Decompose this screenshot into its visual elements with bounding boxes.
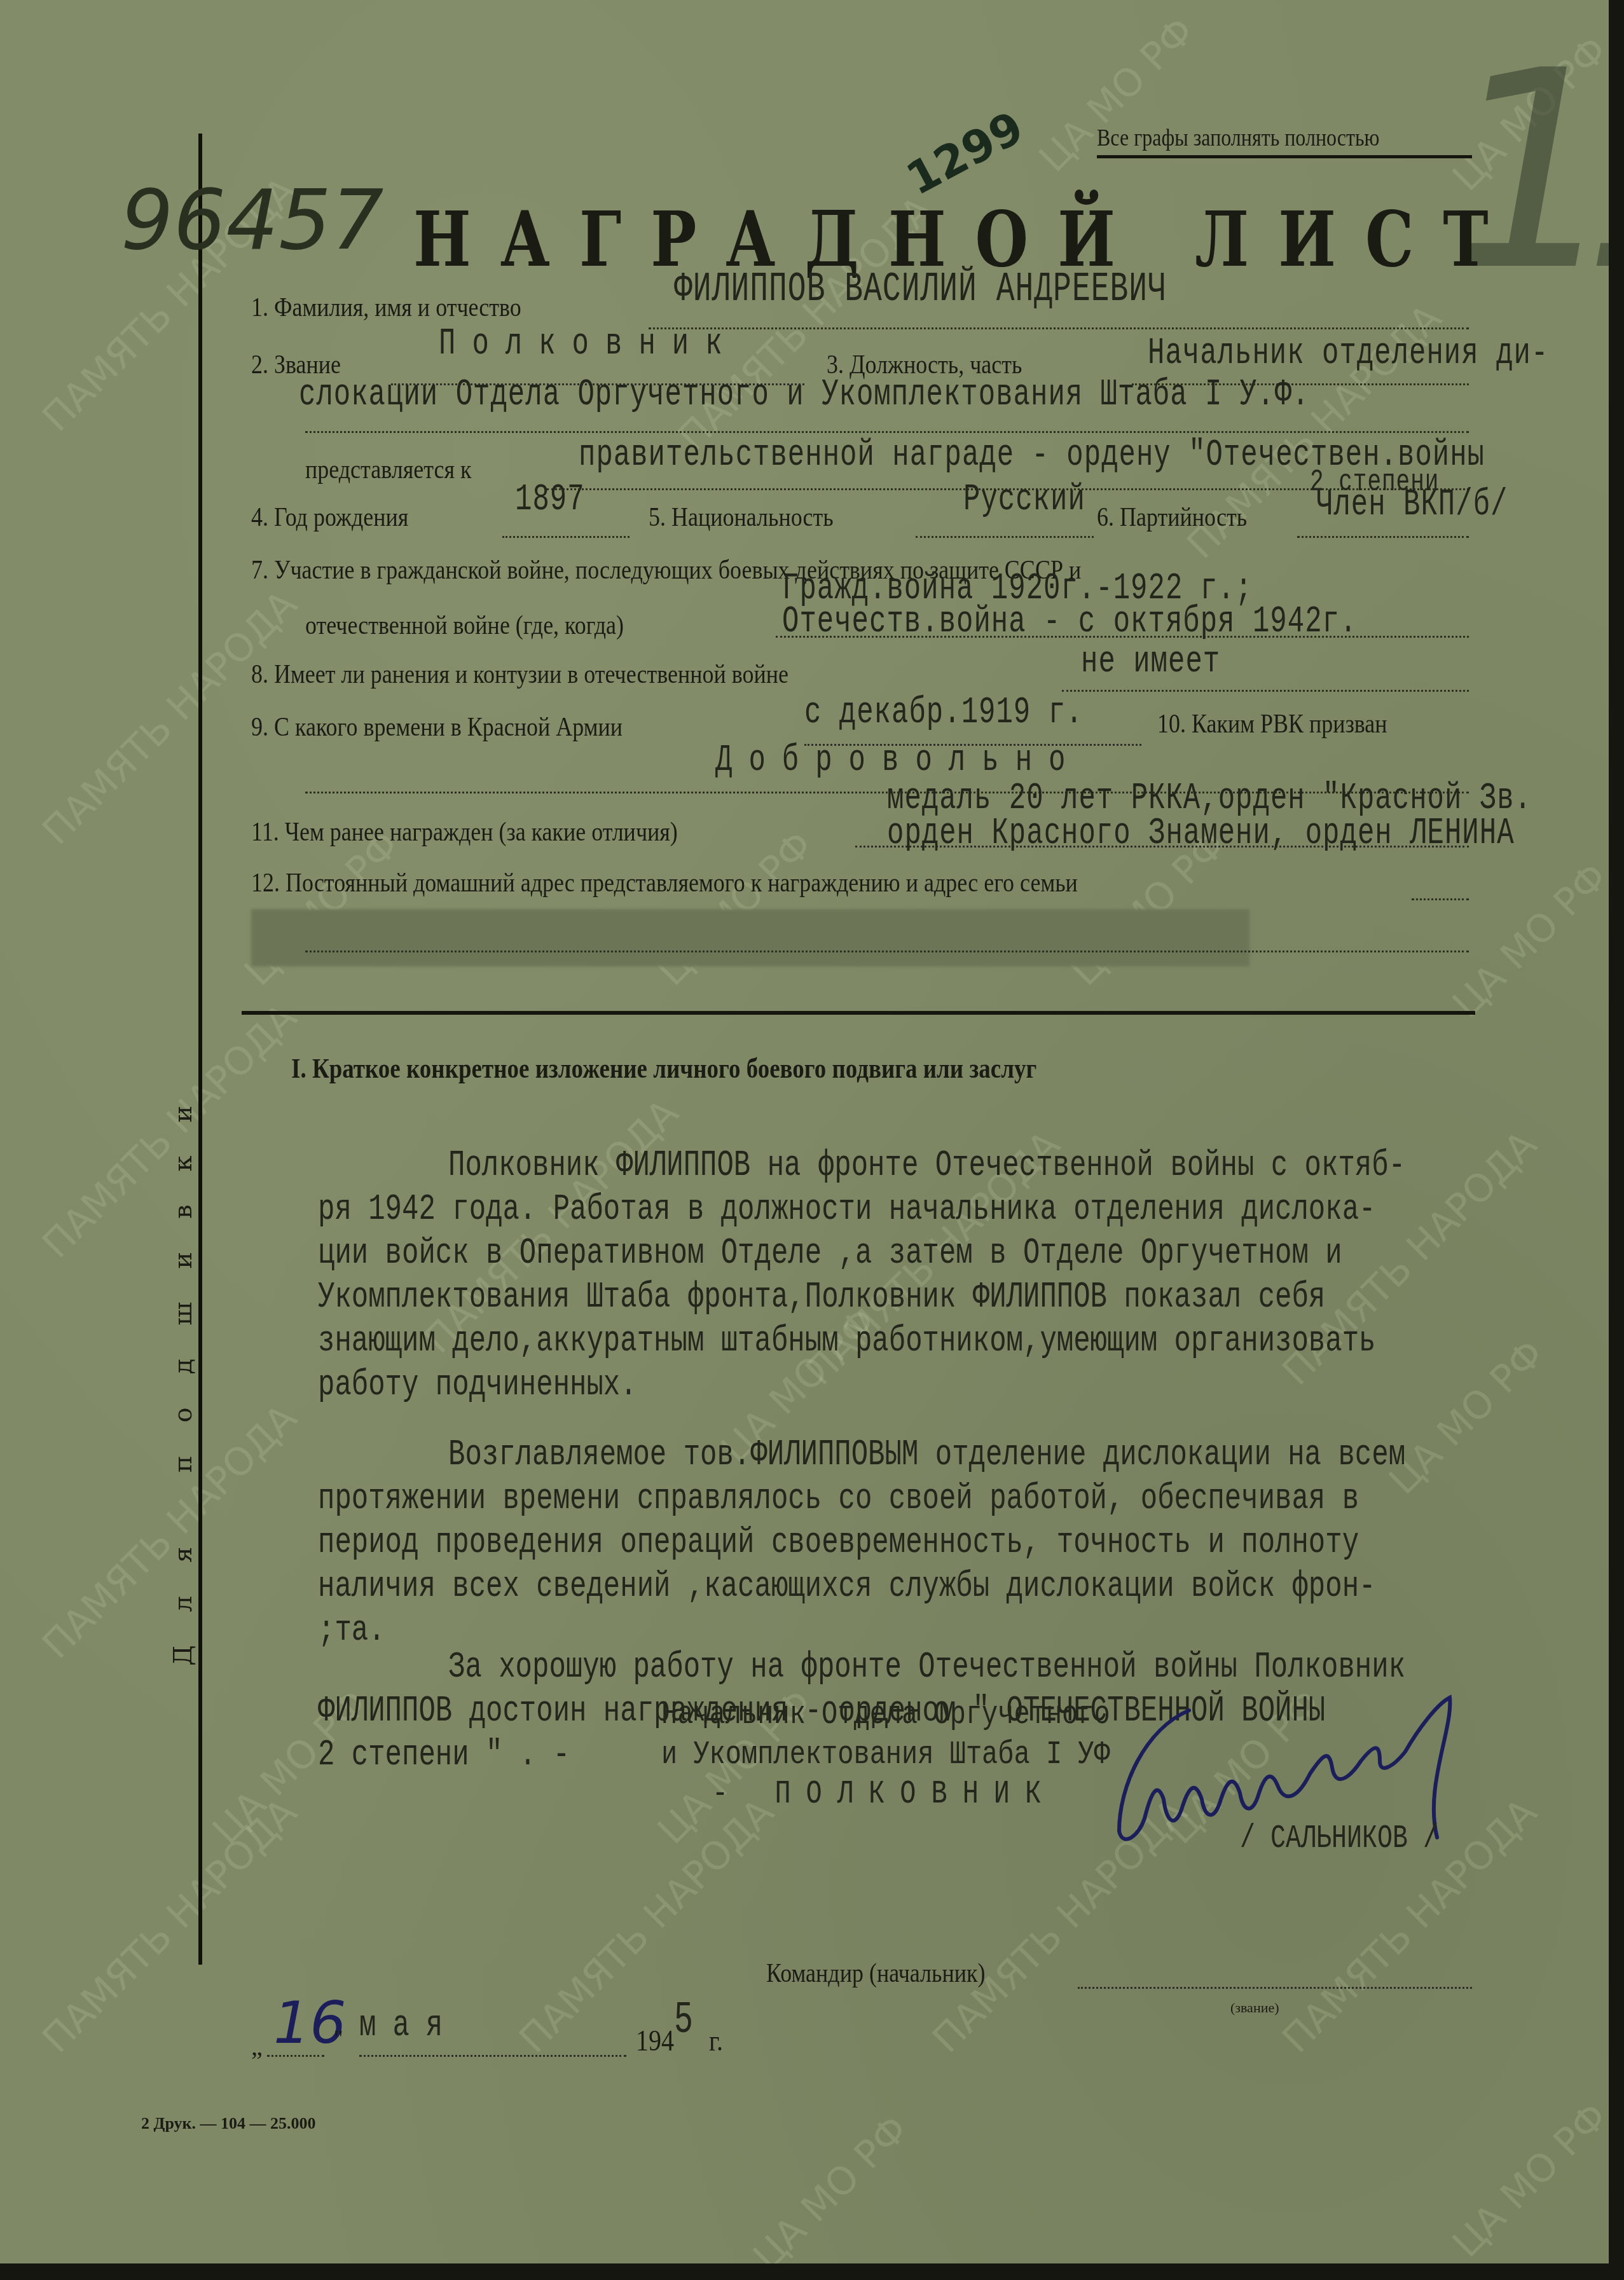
signatory-position-line2: и Укомплектования Штаба I УФ [661, 1734, 1110, 1775]
field-6-line [1297, 536, 1469, 538]
award-sheet: ЦА МО РФ ЦА МО РФ ПАМЯТЬ НАРОДА ПАМЯТЬ Н… [0, 0, 1609, 2263]
date-year-g: г. [709, 2024, 723, 2058]
field-1-value: ФИЛИППОВ ВАСИЛИЙ АНДРЕЕВИЧ [674, 266, 1167, 313]
field-4-line [502, 536, 630, 538]
commander-label: Командир (начальник) [766, 1958, 985, 1988]
body-line: За хорошую работу на фронте Отечественно… [318, 1646, 1405, 1690]
watermark: ЦА МО РФ [747, 2110, 914, 2263]
watermark: ЦА МО РФ [1383, 1334, 1550, 1501]
body-line: Укомплектования Штаба фронта,Полковник Ф… [318, 1276, 1405, 1320]
date-day-line [267, 2055, 324, 2057]
section-1-heading: I. Краткое конкретное изложение личного … [291, 1052, 1036, 1085]
watermark: ЦА МО РФ [238, 825, 405, 992]
body-line: работу подчиненных. [318, 1364, 1405, 1408]
field-11-value-line2: орден Красного Знамени, орден ЛЕНИНА [887, 813, 1515, 856]
watermark: ЦА МО РФ [1447, 2097, 1609, 2263]
scan-edge-right [1609, 0, 1624, 2280]
archive-number-handwritten: 96457 [121, 172, 384, 268]
watermark: ПАМЯТЬ НАРОДА [37, 1793, 303, 2059]
field-9-label: 9. С какого времени в Красной Армии [251, 711, 623, 742]
body-line: наличия всех сведений ,касающихся службы… [318, 1565, 1405, 1609]
notice-underline [1097, 155, 1472, 158]
rank-caption: (звание) [1230, 2000, 1279, 2016]
field-7-value-line2: Отечеств.война - с октября 1942г. [782, 601, 1357, 644]
field-3-value-line2: слокации Отдела Оргучетного и Укомплекто… [299, 374, 1309, 417]
print-info: 2 Друк. — 104 — 25.000 [141, 2114, 316, 2133]
field-8-label: 8. Имеет ли ранения и контузии в отечест… [251, 659, 788, 689]
watermark: ЦА МО РФ [1447, 857, 1609, 1024]
field-12-line-2 [305, 951, 1469, 952]
section-separator [242, 1011, 1475, 1015]
binding-margin-line [198, 134, 202, 1965]
field-7-label-line2: отечественной войне (где, когда) [305, 610, 624, 640]
field-6-label: 6. Партийность [1097, 502, 1247, 532]
signatory-name: / САЛЬНИКОВ / [1240, 1820, 1438, 1858]
field-8-line [1062, 690, 1469, 692]
body-line: Полковник ФИЛИППОВ на фронте Отечественн… [318, 1144, 1405, 1188]
field-2-value: Полковник [439, 323, 739, 366]
field-10-label: 10. Каким РВК призван [1157, 708, 1387, 739]
field-12-label: 12. Постоянный домашний адрес представля… [251, 867, 1078, 898]
field-12-line [1412, 898, 1469, 900]
date-year-prefix: 194 [636, 2024, 674, 2058]
date-month-line [359, 2055, 626, 2057]
field-4-value: 1897 [515, 479, 585, 522]
body-line: ря 1942 года. Работая в должности началь… [318, 1188, 1405, 1232]
body-line: протяжении времени справлялось со своей … [318, 1478, 1405, 1521]
field-10-value: Добровольно [715, 739, 1082, 783]
section-1-body: Полковник ФИЛИППОВ на фронте Отечественн… [318, 1144, 1405, 1778]
watermark: ПАМЯТЬ НАРОДА [514, 1793, 780, 2059]
body-line: ции войск в Оперативном Отделе ,а затем … [318, 1232, 1405, 1276]
signatory-position-line1: Начальник Отдела Оргучетного [661, 1694, 1110, 1734]
fill-all-fields-notice: Все графы заполнять полностью [1097, 123, 1380, 151]
field-3-line-2 [305, 431, 1469, 433]
commander-line [1078, 1987, 1472, 1989]
field-5-line [916, 536, 1094, 538]
body-line: знающим дело,аккуратным штабным работник… [318, 1320, 1405, 1364]
field-9-value: с декабр.1919 г. [804, 692, 1083, 735]
watermark: ЦА МО РФ [652, 825, 818, 992]
body-line: период проведения операций своевременнос… [318, 1521, 1405, 1565]
date-year-suffix: 5 [674, 1996, 693, 2047]
date-month: мая [359, 2005, 459, 2048]
signatory-rank: - ПОЛКОВНИК [661, 1774, 1110, 1814]
scan-edge-bottom [0, 2263, 1624, 2280]
field-5-value: Русский [963, 479, 1085, 522]
body-line: Возглавляемое тов.ФИЛИППОВЫМ отделение д… [318, 1434, 1405, 1478]
binding-margin-text: Для подшивки [169, 1073, 198, 1666]
presented-label: представляется к [305, 454, 471, 484]
field-8-value: не имеет [1081, 641, 1220, 684]
redacted-address [251, 909, 1249, 966]
stamp-number: 1299 [898, 101, 1032, 205]
date-open-quote: „ [251, 2031, 263, 2061]
field-6-value: Член ВКП/б/ [1316, 484, 1508, 527]
field-5-label: 5. Национальность [649, 502, 834, 532]
signature-block: Начальник Отдела Оргучетного и Укомплект… [661, 1694, 1110, 1814]
field-1-label: 1. Фамилия, имя и отчество [251, 292, 521, 322]
field-3-value-line1: Начальник отделения ди- [1148, 333, 1548, 376]
watermark: ЦА МО РФ [1033, 11, 1200, 178]
field-1-line [649, 327, 1469, 329]
field-4-label: 4. Год рождения [251, 502, 408, 532]
date-close-quote: " [334, 2025, 343, 2052]
field-11-label: 11. Чем ранее награжден (за какие отличи… [251, 816, 678, 847]
